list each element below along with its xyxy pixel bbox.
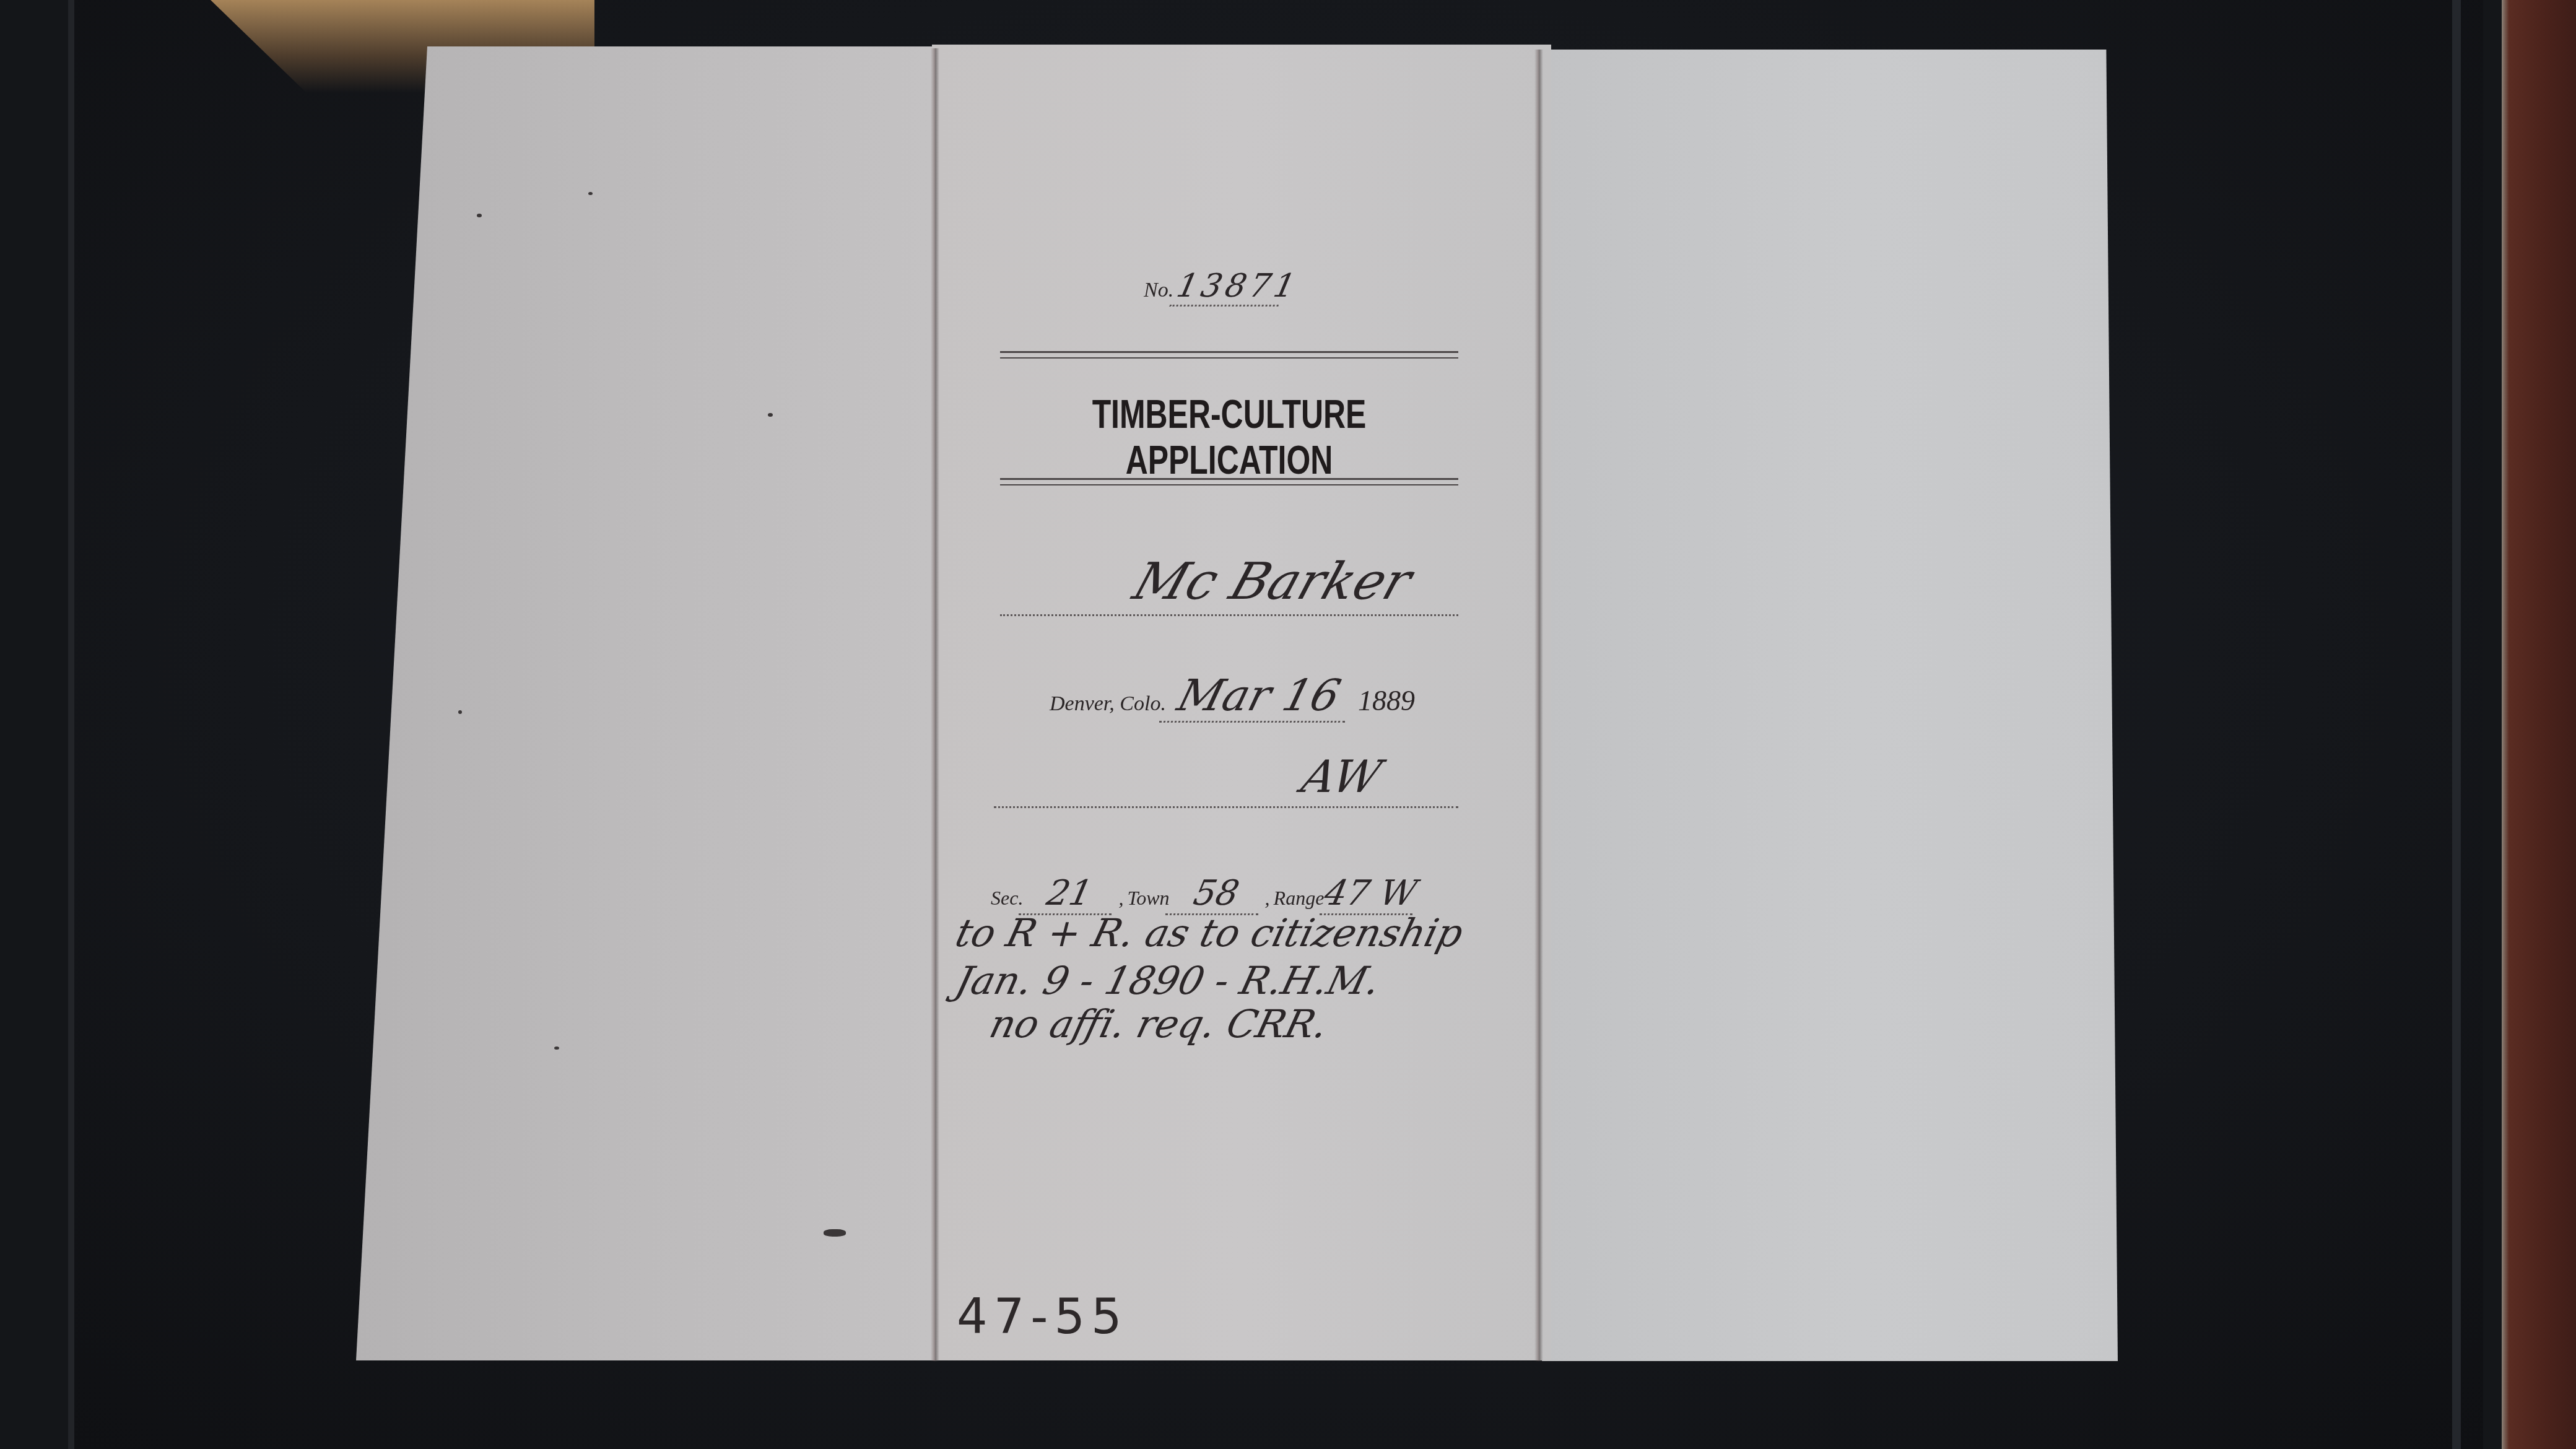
section-label: Sec. [991, 887, 1023, 910]
year-value: 1889 [1358, 684, 1415, 717]
place-label: Denver, Colo. [1050, 692, 1166, 716]
place-date-line: Denver, Colo. Mar 16 1889 [1050, 670, 1415, 723]
wood-frame-strip [2502, 0, 2576, 1449]
filing-number: 47-55 [957, 1289, 1128, 1345]
handwritten-note-line: no affi. req. CRR. [985, 1001, 1333, 1046]
paper-speck [477, 214, 482, 217]
range-label: Range [1274, 887, 1325, 910]
frame-edge-right [2452, 0, 2461, 1449]
date-value: Mar 16 [1159, 670, 1359, 723]
application-number-line: No. 13871 [1144, 268, 1282, 307]
initials-line: AW [994, 757, 1458, 808]
document-title: TIMBER-CULTURE APPLICATION [1050, 391, 1408, 483]
town-value: 58 [1165, 873, 1266, 915]
applicant-name: Mc Barker [1077, 552, 1468, 611]
applicant-name-line: Mc Barker [1000, 559, 1458, 616]
town-label: Town [1127, 887, 1169, 910]
range-value: 47 W [1320, 873, 1421, 915]
paper-speck [458, 710, 462, 714]
title-rule-top-inner [1000, 357, 1458, 359]
section-value: 21 [1019, 873, 1120, 915]
application-number: 13871 [1169, 268, 1286, 307]
title-rule-bottom-inner [1000, 484, 1458, 485]
number-label: No. [1144, 279, 1173, 302]
paper-speck [588, 192, 593, 195]
title-rule-top [1000, 351, 1458, 353]
timber-culture-application: No. 13871 TIMBER-CULTURE APPLICATION Mc … [932, 45, 1551, 1360]
initials: AW [1297, 751, 1387, 803]
handwritten-note-line: Jan. 9 - 1890 - R.H.M. [951, 958, 1385, 1003]
legal-description-line: Sec. 21 , Town 58 , Range 47 W [991, 873, 1417, 915]
document-right-panel [1542, 50, 2118, 1361]
paper-speck [768, 413, 773, 417]
paper-speck [554, 1046, 559, 1050]
frame-edge-left [68, 0, 74, 1449]
handwritten-note-line: to R + R. as to citizenship [951, 910, 1468, 955]
title-rule-bottom [1000, 478, 1458, 480]
ink-blot [824, 1229, 846, 1237]
document-left-panel [356, 46, 935, 1360]
